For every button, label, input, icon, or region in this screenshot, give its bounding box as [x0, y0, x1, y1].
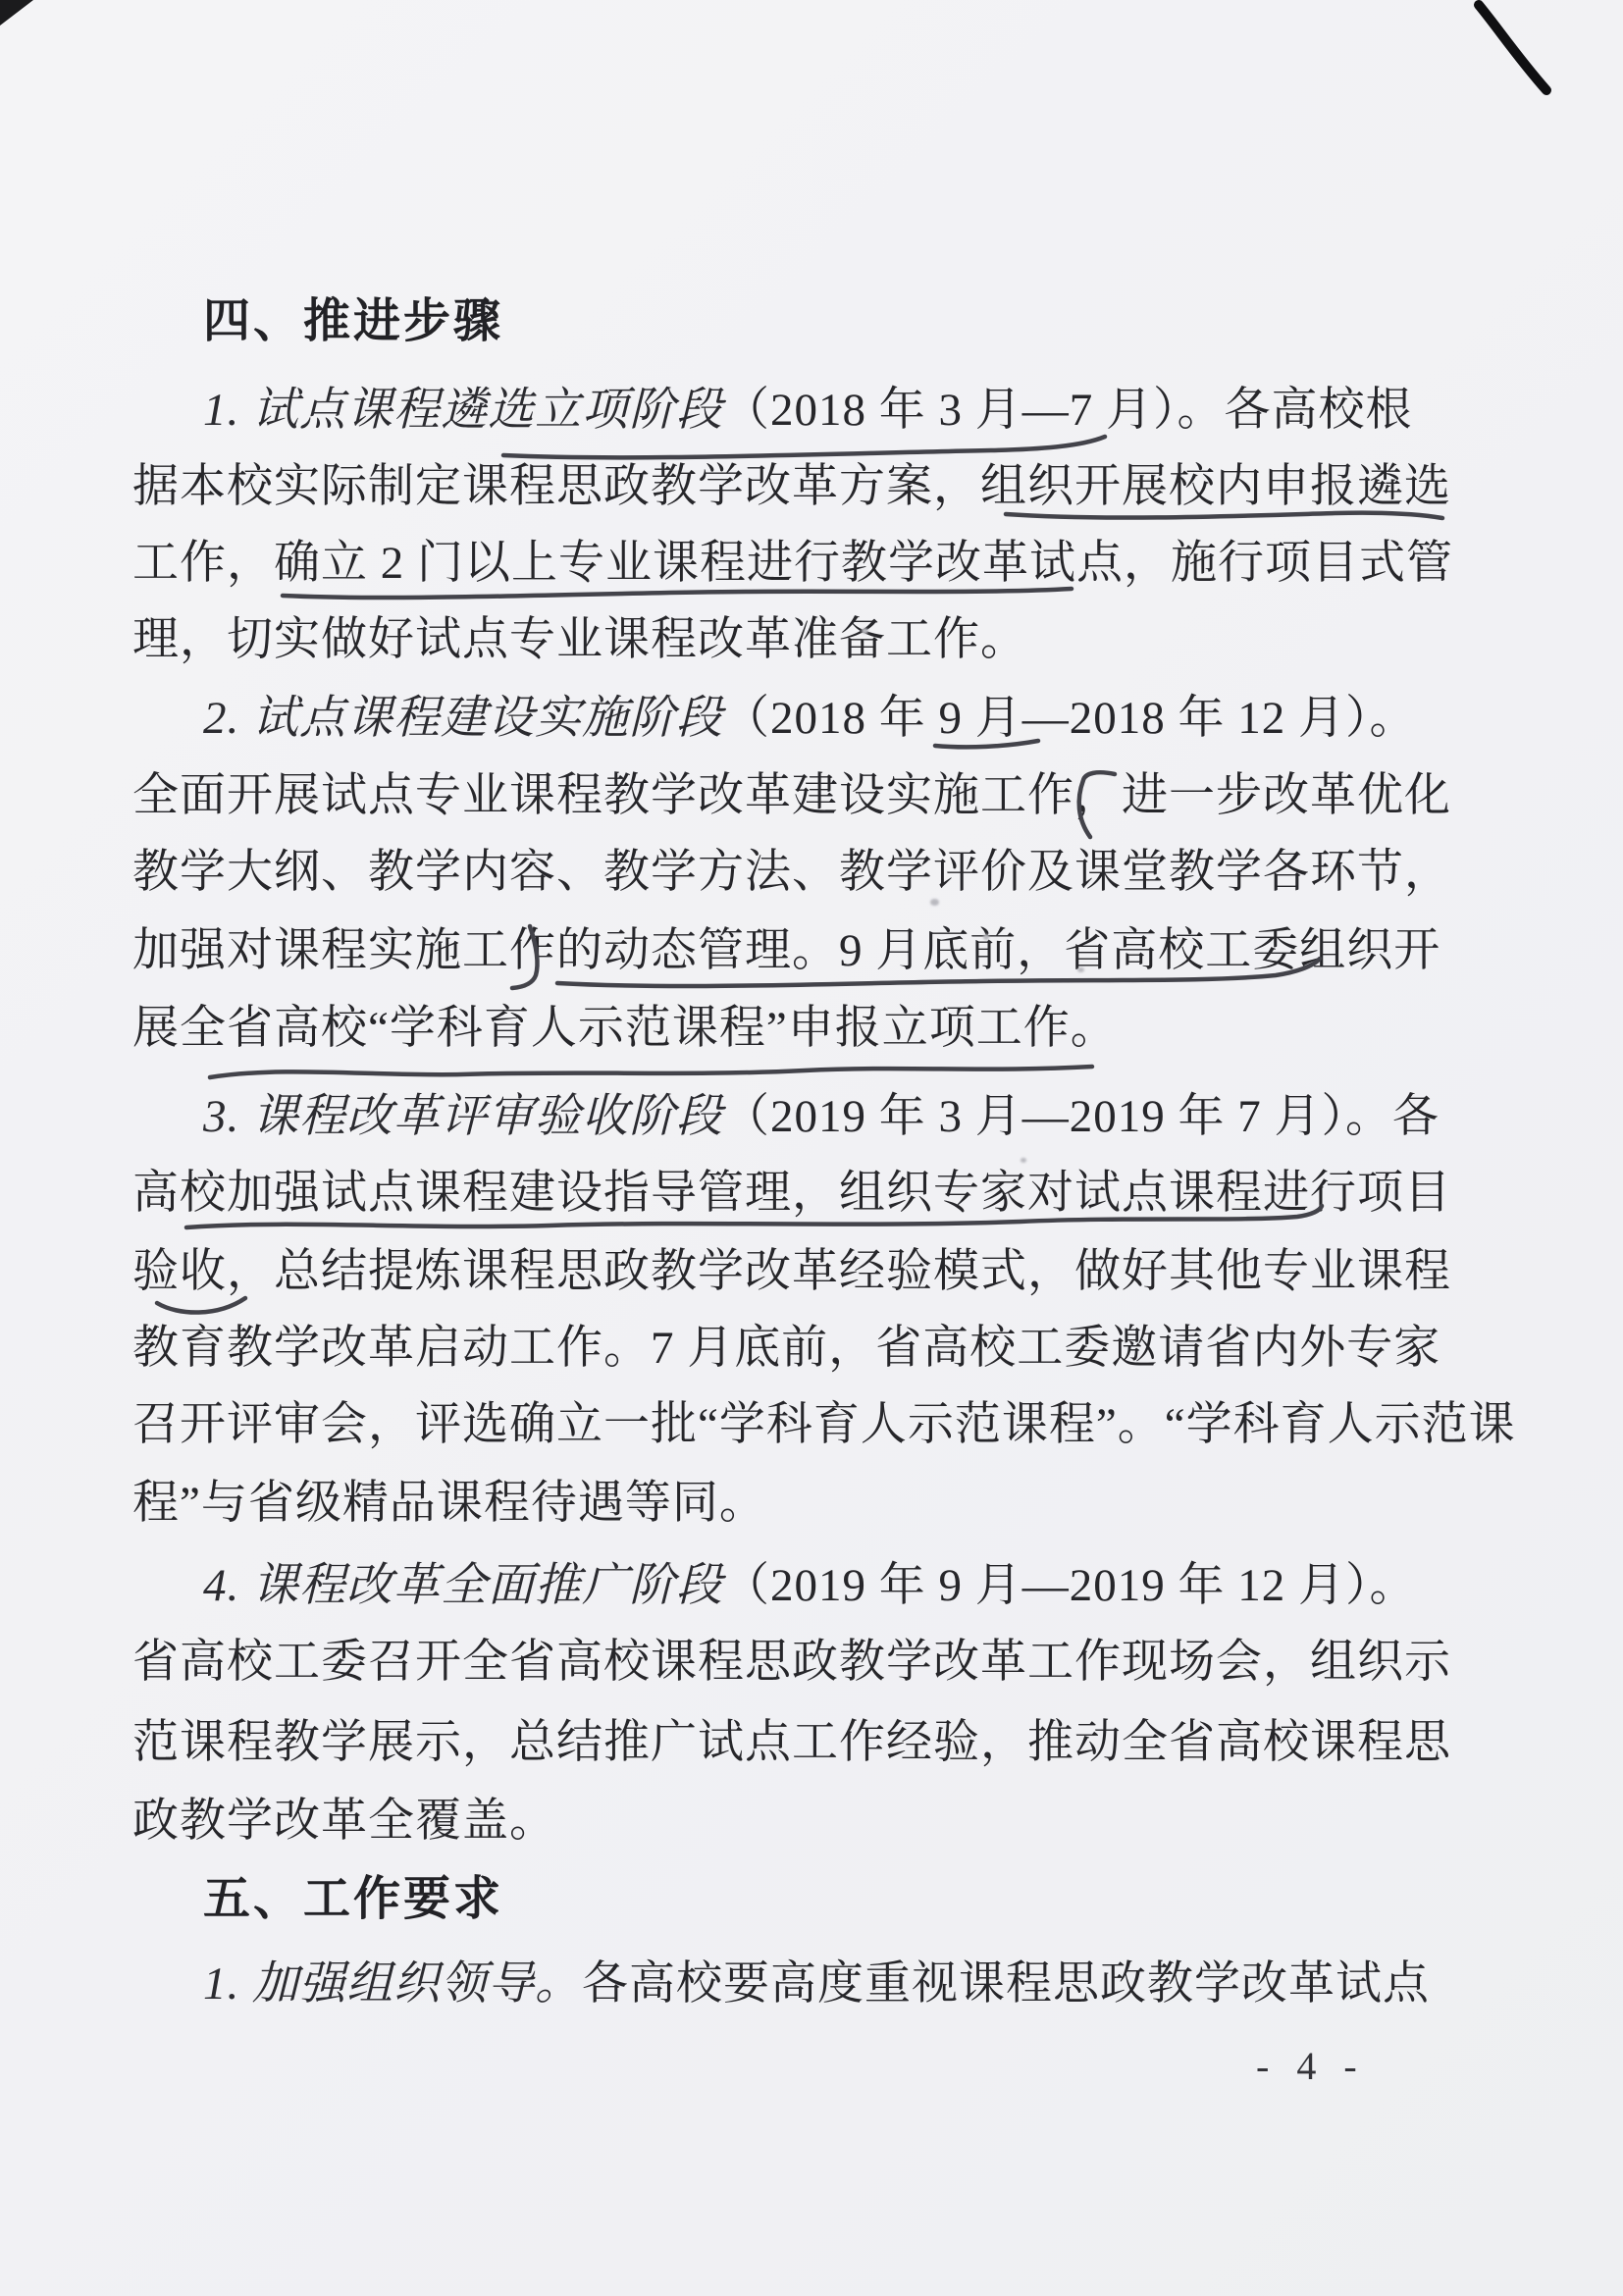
para4-line1: 4. 课程改革全面推广阶段（2019 年 9 月—2019 年 12 月）。: [132, 1556, 1496, 1617]
para1-line4: 理，切实做好试点专业课程改革准备工作。: [132, 610, 1496, 671]
para5-line1: 1. 加强组织领导。各高校要高度重视课程思政教学改革试点: [132, 1955, 1496, 2015]
para2-line3: 教学大纲、教学内容、教学方法、教学评价及课堂教学各环节，: [132, 843, 1496, 904]
para3-line4: 教育教学改革启动工作。7 月底前，省高校工委邀请省内外专家: [132, 1319, 1496, 1380]
para1-line2: 据本校实际制定课程思政教学改革方案，组织开展校内申报遴选: [132, 457, 1496, 518]
scan-corner-artifact: [0, 0, 33, 26]
para4-line2: 省高校工委召开全省高校课程思政教学改革工作现场会，组织示: [132, 1633, 1496, 1694]
scan-speck: [1021, 1158, 1026, 1163]
para3-line1: 3. 课程改革评审验收阶段（2019 年 3 月—2019 年 7 月）。各: [132, 1087, 1496, 1148]
para4-line3: 范课程教学展示，总结推广试点工作经验，推动全省高校课程思: [132, 1713, 1496, 1774]
para3-line6: 程”与省级精品课程待遇等同。: [132, 1474, 1496, 1535]
req1-title: 1. 加强组织领导。: [203, 1958, 582, 2009]
pen-underline-demo-course-application: [210, 1067, 1092, 1077]
para3-line2: 高校加强试点课程建设指导管理，组织专家对试点课程进行项目: [132, 1164, 1496, 1225]
section-heading-5: 五、工作要求: [132, 1870, 1496, 1931]
para3-line3: 验收，总结提炼课程思政教学改革经验模式，做好其他专业课程: [132, 1242, 1496, 1303]
para1-line1: 1. 试点课程遴选立项阶段（2018 年 3 月—7 月）。各高校根: [132, 381, 1496, 442]
para4-line1-rest: （2019 年 9 月—2019 年 12 月）。: [723, 1560, 1417, 1611]
stage3-title: 3. 课程改革评审验收阶段: [203, 1091, 723, 1142]
para3-line1-rest: （2019 年 3 月—2019 年 7 月）。各: [723, 1091, 1440, 1142]
para4-line4: 政教学改革全覆盖。: [132, 1792, 1496, 1852]
para2-line1: 2. 试点课程建设实施阶段（2018 年 9 月—2018 年 12 月）。: [132, 689, 1496, 750]
pen-stroke-corner: [1479, 5, 1546, 90]
stage4-title: 4. 课程改革全面推广阶段: [203, 1560, 723, 1611]
para1-line3: 工作，确立 2 门以上专业课程进行教学改革试点，施行项目式管: [132, 534, 1496, 595]
para3-line5: 召开评审会，评选确立一批“学科育人示范课程”。“学科育人示范课: [132, 1395, 1496, 1456]
scan-speck: [983, 934, 989, 940]
para1-line1-rest: （2018 年 3 月—7 月）。各高校根: [723, 385, 1413, 436]
scan-speck: [930, 899, 939, 906]
stage2-title: 2. 试点课程建设实施阶段: [203, 693, 723, 744]
para5-line1-rest: 各高校要高度重视课程思政教学改革试点: [582, 1958, 1430, 2009]
section-heading-4: 四、推进步骤: [132, 292, 1496, 353]
page-number: - 4 -: [1256, 2043, 1366, 2089]
scan-speck: [1077, 967, 1084, 972]
scanned-document-page: 四、推进步骤 1. 试点课程遴选立项阶段（2018 年 3 月—7 月）。各高校…: [0, 0, 1623, 2296]
scan-speck: [862, 628, 868, 634]
para2-line4: 加强对课程实施工作的动态管理。9 月底前，省高校工委组织开: [132, 921, 1496, 982]
para2-line1-rest: （2018 年 9 月—2018 年 12 月）。: [723, 693, 1417, 744]
para2-line2: 全面开展试点专业课程教学改革建设实施工作，进一步改革优化: [132, 766, 1496, 827]
stage1-title: 1. 试点课程遴选立项阶段: [203, 385, 723, 436]
para2-line5: 展全省高校“学科育人示范课程”申报立项工作。: [132, 999, 1496, 1060]
